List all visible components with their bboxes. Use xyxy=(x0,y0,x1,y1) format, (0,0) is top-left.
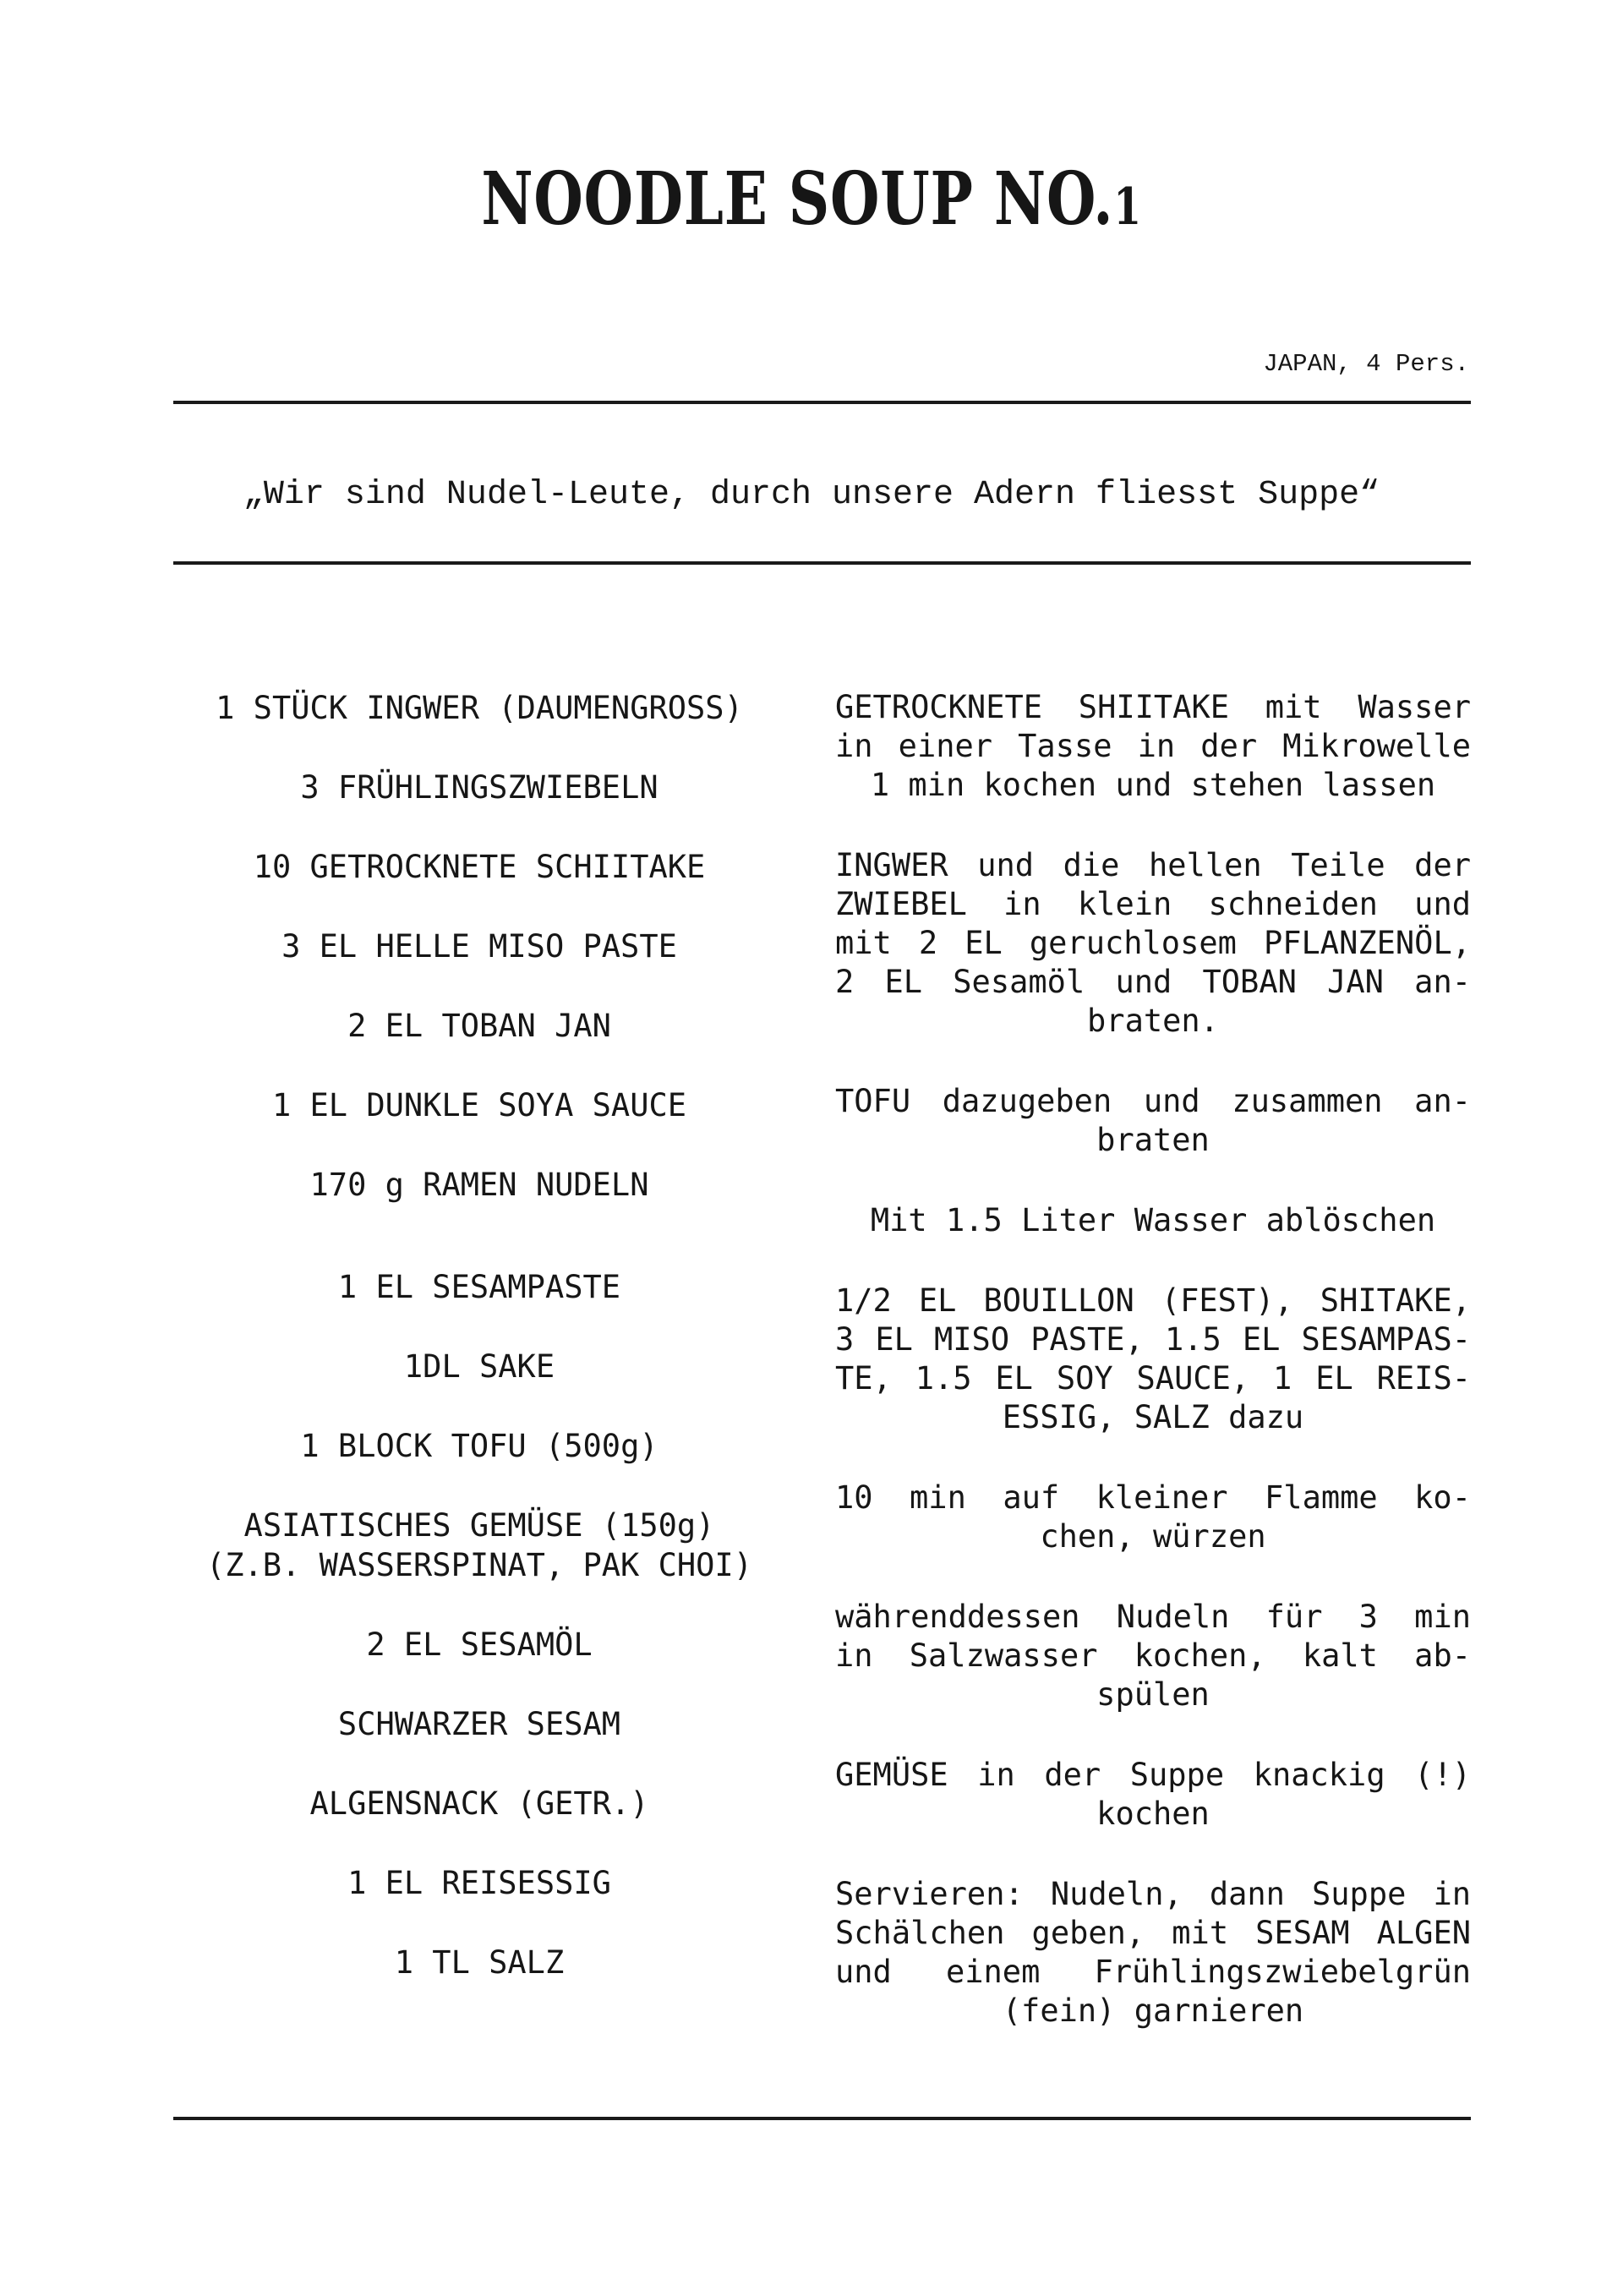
ingredient-item: 1 TL SALZ xyxy=(173,1943,785,1982)
ingredient-item: 1 EL DUNKLE SOYA SAUCE xyxy=(173,1085,785,1125)
step-line: 3 EL MISO PASTE, 1.5 EL SESAMPAS- xyxy=(835,1320,1471,1359)
instruction-step: INGWER und die hellen Teile der ZWIEBEL … xyxy=(835,846,1471,1041)
step-line: GETROCKNETE SHIITAKE mit Wasser xyxy=(835,688,1471,727)
ingredient-line: 1 BLOCK TOFU (500g) xyxy=(173,1426,785,1466)
step-line: 10 min auf kleiner Flamme ko- xyxy=(835,1479,1471,1517)
divider-header xyxy=(173,401,1471,404)
step-line: ESSIG, SALZ dazu xyxy=(835,1398,1471,1437)
ingredients-list: 1 STÜCK INGWER (DAUMENGROSS) 3 FRÜHLINGS… xyxy=(173,688,785,2072)
step-line: mit 2 EL geruchlosem PFLANZENÖL, xyxy=(835,924,1471,963)
ingredient-line: 170 g RAMEN NUDELN xyxy=(173,1165,785,1205)
origin-servings-label: JAPAN, 4 Pers. xyxy=(1263,350,1469,380)
ingredient-item: 170 g RAMEN NUDELN xyxy=(173,1165,785,1205)
ingredient-line: 1 EL SESAMPASTE xyxy=(173,1267,785,1307)
ingredient-line: 3 FRÜHLINGSZWIEBELN xyxy=(173,768,785,807)
step-line: GEMÜSE in der Suppe knackig (!) xyxy=(835,1756,1471,1795)
step-line: braten. xyxy=(835,1002,1471,1041)
step-line: chen, würzen xyxy=(835,1517,1471,1556)
ingredient-line: SCHWARZER SESAM xyxy=(173,1704,785,1744)
instruction-step: TOFU dazugeben und zusammen an- braten xyxy=(835,1082,1471,1160)
recipe-quote: „Wir sind Nudel-Leute, durch unsere Ader… xyxy=(0,475,1623,516)
ingredient-item: 3 FRÜHLINGSZWIEBELN xyxy=(173,768,785,807)
instruction-step: 10 min auf kleiner Flamme ko- chen, würz… xyxy=(835,1479,1471,1556)
ingredient-line: ALGENSNACK (GETR.) xyxy=(173,1784,785,1823)
ingredient-item: 2 EL TOBAN JAN xyxy=(173,1006,785,1046)
ingredient-item: 1 EL SESAMPASTE xyxy=(173,1267,785,1307)
ingredient-item: SCHWARZER SESAM xyxy=(173,1704,785,1744)
ingredient-line: 1 EL REISESSIG xyxy=(173,1863,785,1903)
instruction-step: GETROCKNETE SHIITAKE mit Wasser in einer… xyxy=(835,688,1471,805)
ingredient-item: 1 EL REISESSIG xyxy=(173,1863,785,1903)
step-line: 1 min kochen und stehen lassen xyxy=(835,766,1471,805)
step-line: 2 EL Sesamöl und TOBAN JAN an- xyxy=(835,963,1471,1002)
step-line: Mit 1.5 Liter Wasser ablöschen xyxy=(835,1201,1471,1240)
instruction-step: Servieren: Nudeln, dann Suppe in Schälch… xyxy=(835,1875,1471,2031)
ingredient-line: 2 EL SESAMÖL xyxy=(173,1625,785,1665)
step-line: in einer Tasse in der Mikrowelle xyxy=(835,727,1471,766)
ingredient-line: 1DL SAKE xyxy=(173,1347,785,1386)
ingredient-item: 3 EL HELLE MISO PASTE xyxy=(173,927,785,966)
step-line: in Salzwasser kochen, kalt ab- xyxy=(835,1637,1471,1676)
step-line: Schälchen geben, mit SESAM ALGEN xyxy=(835,1914,1471,1953)
step-line: ZWIEBEL in klein schneiden und xyxy=(835,885,1471,924)
ingredient-line: ASIATISCHES GEMÜSE (150g) xyxy=(173,1506,785,1545)
step-line: TE, 1.5 EL SOY SAUCE, 1 EL REIS- xyxy=(835,1359,1471,1398)
step-line: TOFU dazugeben und zusammen an- xyxy=(835,1082,1471,1121)
ingredient-item: 2 EL SESAMÖL xyxy=(173,1625,785,1665)
ingredient-line: 10 GETROCKNETE SCHIITAKE xyxy=(173,847,785,887)
step-line: kochen xyxy=(835,1795,1471,1834)
instruction-step: Mit 1.5 Liter Wasser ablöschen xyxy=(835,1201,1471,1240)
ingredient-line: (Z.B. WASSERSPINAT, PAK CHOI) xyxy=(173,1545,785,1585)
ingredient-item: ALGENSNACK (GETR.) xyxy=(173,1784,785,1823)
ingredient-line: 3 EL HELLE MISO PASTE xyxy=(173,927,785,966)
instruction-step: GEMÜSE in der Suppe knackig (!) kochen xyxy=(835,1756,1471,1834)
step-line: INGWER und die hellen Teile der xyxy=(835,846,1471,885)
content-columns: 1 STÜCK INGWER (DAUMENGROSS) 3 FRÜHLINGS… xyxy=(173,688,1471,2072)
step-line: (fein) garnieren xyxy=(835,1992,1471,2031)
ingredient-line: 1 EL DUNKLE SOYA SAUCE xyxy=(173,1085,785,1125)
divider-bottom xyxy=(173,2117,1471,2120)
ingredient-item: 1 STÜCK INGWER (DAUMENGROSS) xyxy=(173,688,785,728)
step-line: spülen xyxy=(835,1676,1471,1714)
ingredient-line: 1 TL SALZ xyxy=(173,1943,785,1982)
page-title: NOODLE SOUP NO.1 xyxy=(0,154,1623,245)
ingredient-item: ASIATISCHES GEMÜSE (150g) (Z.B. WASSERSP… xyxy=(173,1506,785,1585)
divider-quote xyxy=(173,561,1471,565)
page-title-number: 1 xyxy=(1113,177,1142,237)
instructions-list: GETROCKNETE SHIITAKE mit Wasser in einer… xyxy=(835,688,1471,2072)
page-title-text: NOODLE SOUP NO. xyxy=(481,156,1113,242)
step-line: 1/2 EL BOUILLON (FEST), SHITAKE, xyxy=(835,1282,1471,1320)
instruction-step: währenddessen Nudeln für 3 min in Salzwa… xyxy=(835,1598,1471,1714)
recipe-page: NOODLE SOUP NO.1 JAPAN, 4 Pers. „Wir sin… xyxy=(0,0,1623,2296)
step-line: währenddessen Nudeln für 3 min xyxy=(835,1598,1471,1637)
instruction-step: 1/2 EL BOUILLON (FEST), SHITAKE, 3 EL MI… xyxy=(835,1282,1471,1437)
ingredient-line: 1 STÜCK INGWER (DAUMENGROSS) xyxy=(173,688,785,728)
ingredient-item: 10 GETROCKNETE SCHIITAKE xyxy=(173,847,785,887)
ingredient-item: 1DL SAKE xyxy=(173,1347,785,1386)
step-line: braten xyxy=(835,1121,1471,1160)
page-title-inner: NOODLE SOUP NO.1 xyxy=(481,154,1142,245)
step-line: und einem Frühlingszwiebelgrün xyxy=(835,1953,1471,1992)
step-line: Servieren: Nudeln, dann Suppe in xyxy=(835,1875,1471,1914)
ingredient-line: 2 EL TOBAN JAN xyxy=(173,1006,785,1046)
ingredient-item: 1 BLOCK TOFU (500g) xyxy=(173,1426,785,1466)
